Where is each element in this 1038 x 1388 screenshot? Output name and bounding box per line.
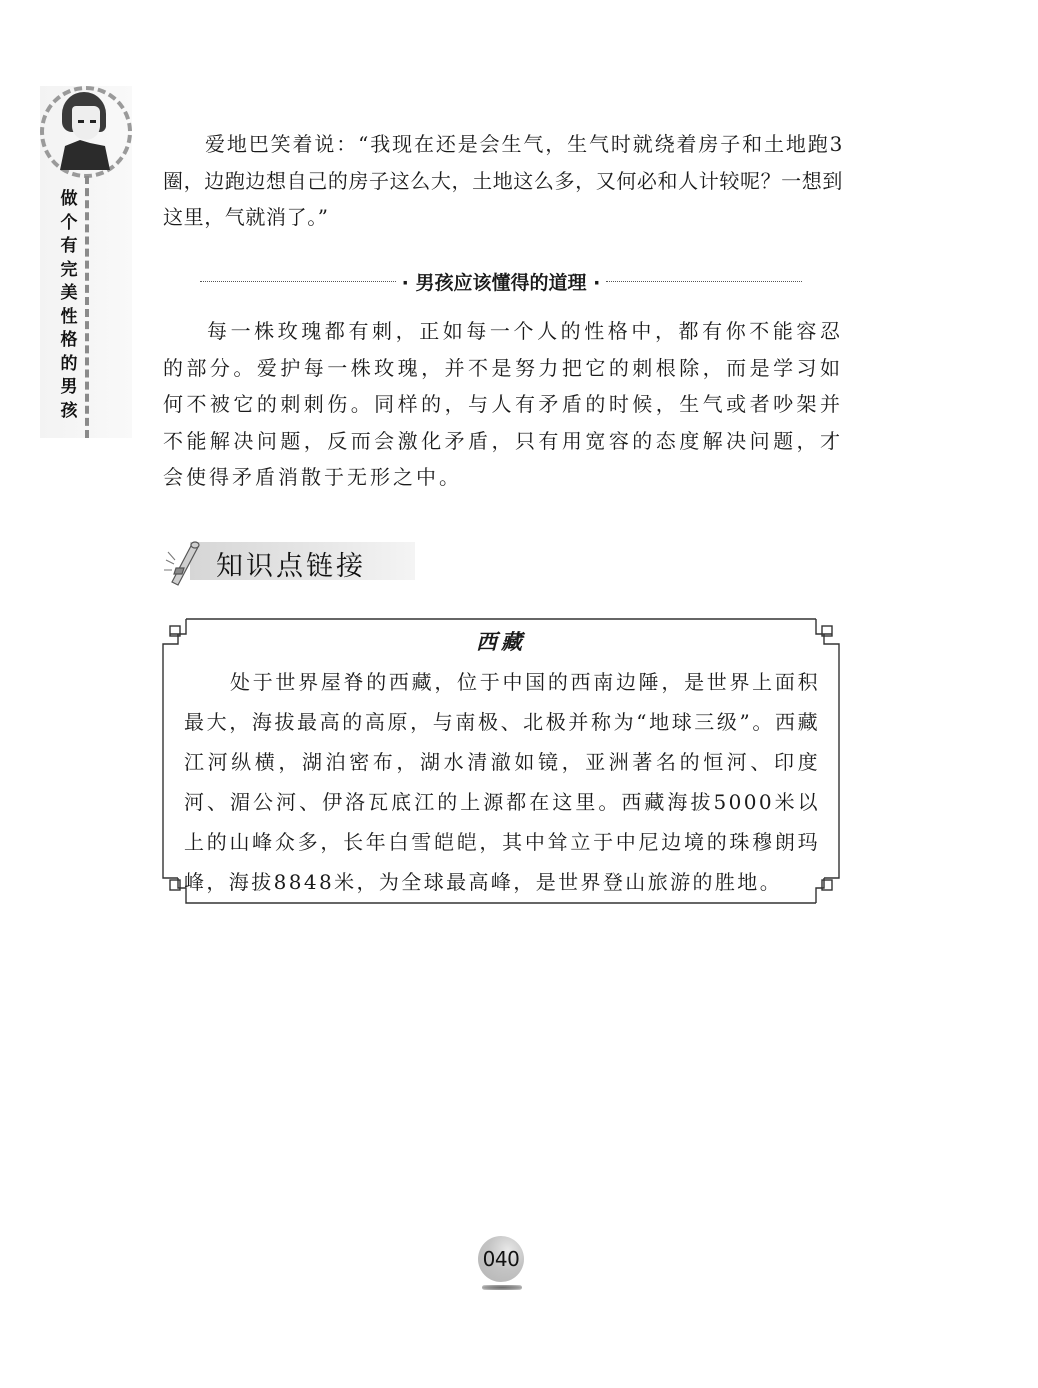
lesson-heading-title: · 男孩应该懂得的道理 · bbox=[396, 268, 607, 295]
lesson-heading: · 男孩应该懂得的道理 · bbox=[200, 266, 802, 296]
page-number-shadow bbox=[482, 1285, 522, 1290]
series-title: 做 个 有 完 美 性 格 的 男 孩 bbox=[56, 188, 82, 423]
scroll-icon bbox=[162, 538, 202, 586]
dotted-rule-right bbox=[606, 281, 802, 282]
series-title-char: 个 bbox=[56, 212, 82, 236]
series-title-char: 的 bbox=[56, 353, 82, 377]
series-title-char: 完 bbox=[56, 259, 82, 283]
box-title: 西藏 bbox=[162, 626, 840, 656]
series-title-char: 做 bbox=[56, 188, 82, 212]
knowledge-banner: 知识点链接 bbox=[160, 538, 415, 586]
series-title-char: 有 bbox=[56, 235, 82, 259]
story-paragraph: 爱地巴笑着说：“我现在还是会生气，生气时就绕着房子和土地跑3圈，边跑边想自己的房… bbox=[163, 126, 843, 236]
dotted-rule-left bbox=[200, 281, 396, 282]
banner-label: 知识点链接 bbox=[216, 544, 366, 583]
series-title-char: 格 bbox=[56, 329, 82, 353]
series-title-char: 性 bbox=[56, 306, 82, 330]
series-title-char: 美 bbox=[56, 282, 82, 306]
page-number: 040 bbox=[478, 1236, 524, 1282]
series-title-char: 男 bbox=[56, 376, 82, 400]
dashed-divider bbox=[85, 176, 89, 438]
series-title-char: 孩 bbox=[56, 400, 82, 424]
lesson-paragraph: 每一株玫瑰都有刺，正如每一个人的性格中，都有你不能容忍的部分。爱护每一株玫瑰，并… bbox=[163, 313, 843, 496]
box-text: 处于世界屋脊的西藏，位于中国的西南边陲，是世界上面积最大，海拔最高的高原，与南极… bbox=[184, 662, 820, 902]
boy-portrait-icon bbox=[60, 92, 110, 170]
